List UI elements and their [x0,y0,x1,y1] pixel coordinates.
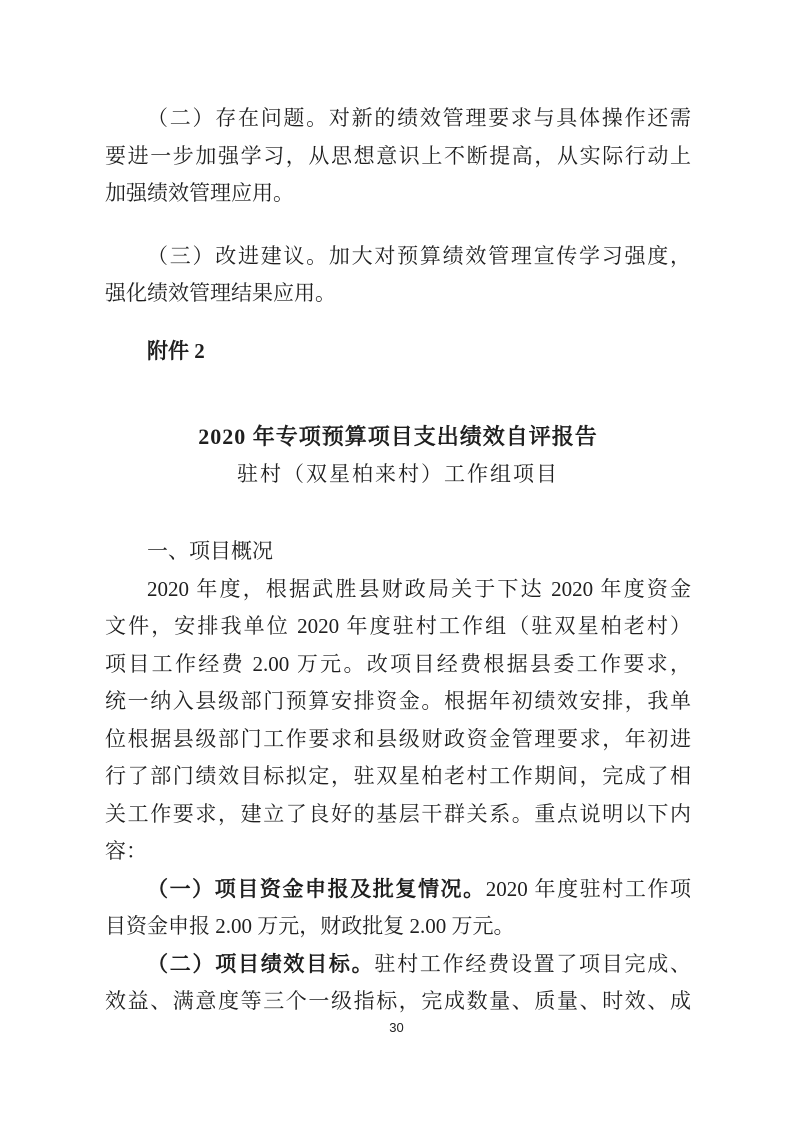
suggestions-paragraph-line: （三）改进建议。加大对预算绩效管理宣传学习强度， [105,238,691,276]
overview-paragraph-line: 2020 年度，根据武胜县财政局关于下达 2020 年度资金 [105,571,691,609]
problems-paragraph-line: 要进一步加强学习，从思想意识上不断提高，从实际行动上 [105,138,691,176]
problems-paragraph-line: （二）存在问题。对新的绩效管理要求与具体操作还需 [105,100,691,138]
item2-heading: （二）项目绩效目标。 [147,952,374,976]
attachment-label: 附件 2 [105,333,691,371]
overview-paragraph-line: 位根据县级部门工作要求和县级财政资金管理要求，年初进 [105,721,691,759]
item2-paragraph-line: （二）项目绩效目标。驻村工作经费设置了项目完成、 [105,946,691,984]
item1-paragraph-line: 目资金申报 2.00 万元，财政批复 2.00 万元。 [105,908,691,946]
overview-paragraph-line: 关工作要求，建立了良好的基层干群关系。重点说明以下内 [105,796,691,834]
item1-heading: （一）项目资金申报及批复情况。 [147,877,486,901]
item2-text: 驻村工作经费设置了项目完成、 [374,952,691,976]
overview-paragraph-line: 项目工作经费 2.00 万元。改项目经费根据县委工作要求， [105,646,691,684]
report-subtitle: 驻村（双星柏来村）工作组项目 [105,456,691,494]
overview-paragraph-line: 行了部门绩效目标拟定，驻双星柏老村工作期间，完成了相 [105,758,691,796]
overview-paragraph-line: 文件，安排我单位 2020 年度驻村工作组（驻双星柏老村） [105,608,691,646]
suggestions-paragraph-line: 强化绩效管理结果应用。 [105,275,691,313]
item1-paragraph-line: （一）项目资金申报及批复情况。2020 年度驻村工作项 [105,871,691,909]
item1-text: 2020 年度驻村工作项 [486,877,691,901]
overview-paragraph-line: 统一纳入县级部门预算安排资金。根据年初绩效安排，我单 [105,683,691,721]
section-heading: 一、项目概况 [105,533,691,571]
page-number: 30 [0,1020,793,1035]
report-title: 2020 年专项预算项目支出绩效自评报告 [105,418,691,456]
document-content: （二）存在问题。对新的绩效管理要求与具体操作还需 要进一步加强学习，从思想意识上… [105,100,691,1021]
problems-paragraph-line: 加强绩效管理应用。 [105,175,691,213]
overview-paragraph-line: 容： [105,833,691,871]
document-page: （二）存在问题。对新的绩效管理要求与具体操作还需 要进一步加强学习，从思想意识上… [0,0,793,1122]
item2-paragraph-line: 效益、满意度等三个一级指标，完成数量、质量、时效、成 [105,983,691,1021]
